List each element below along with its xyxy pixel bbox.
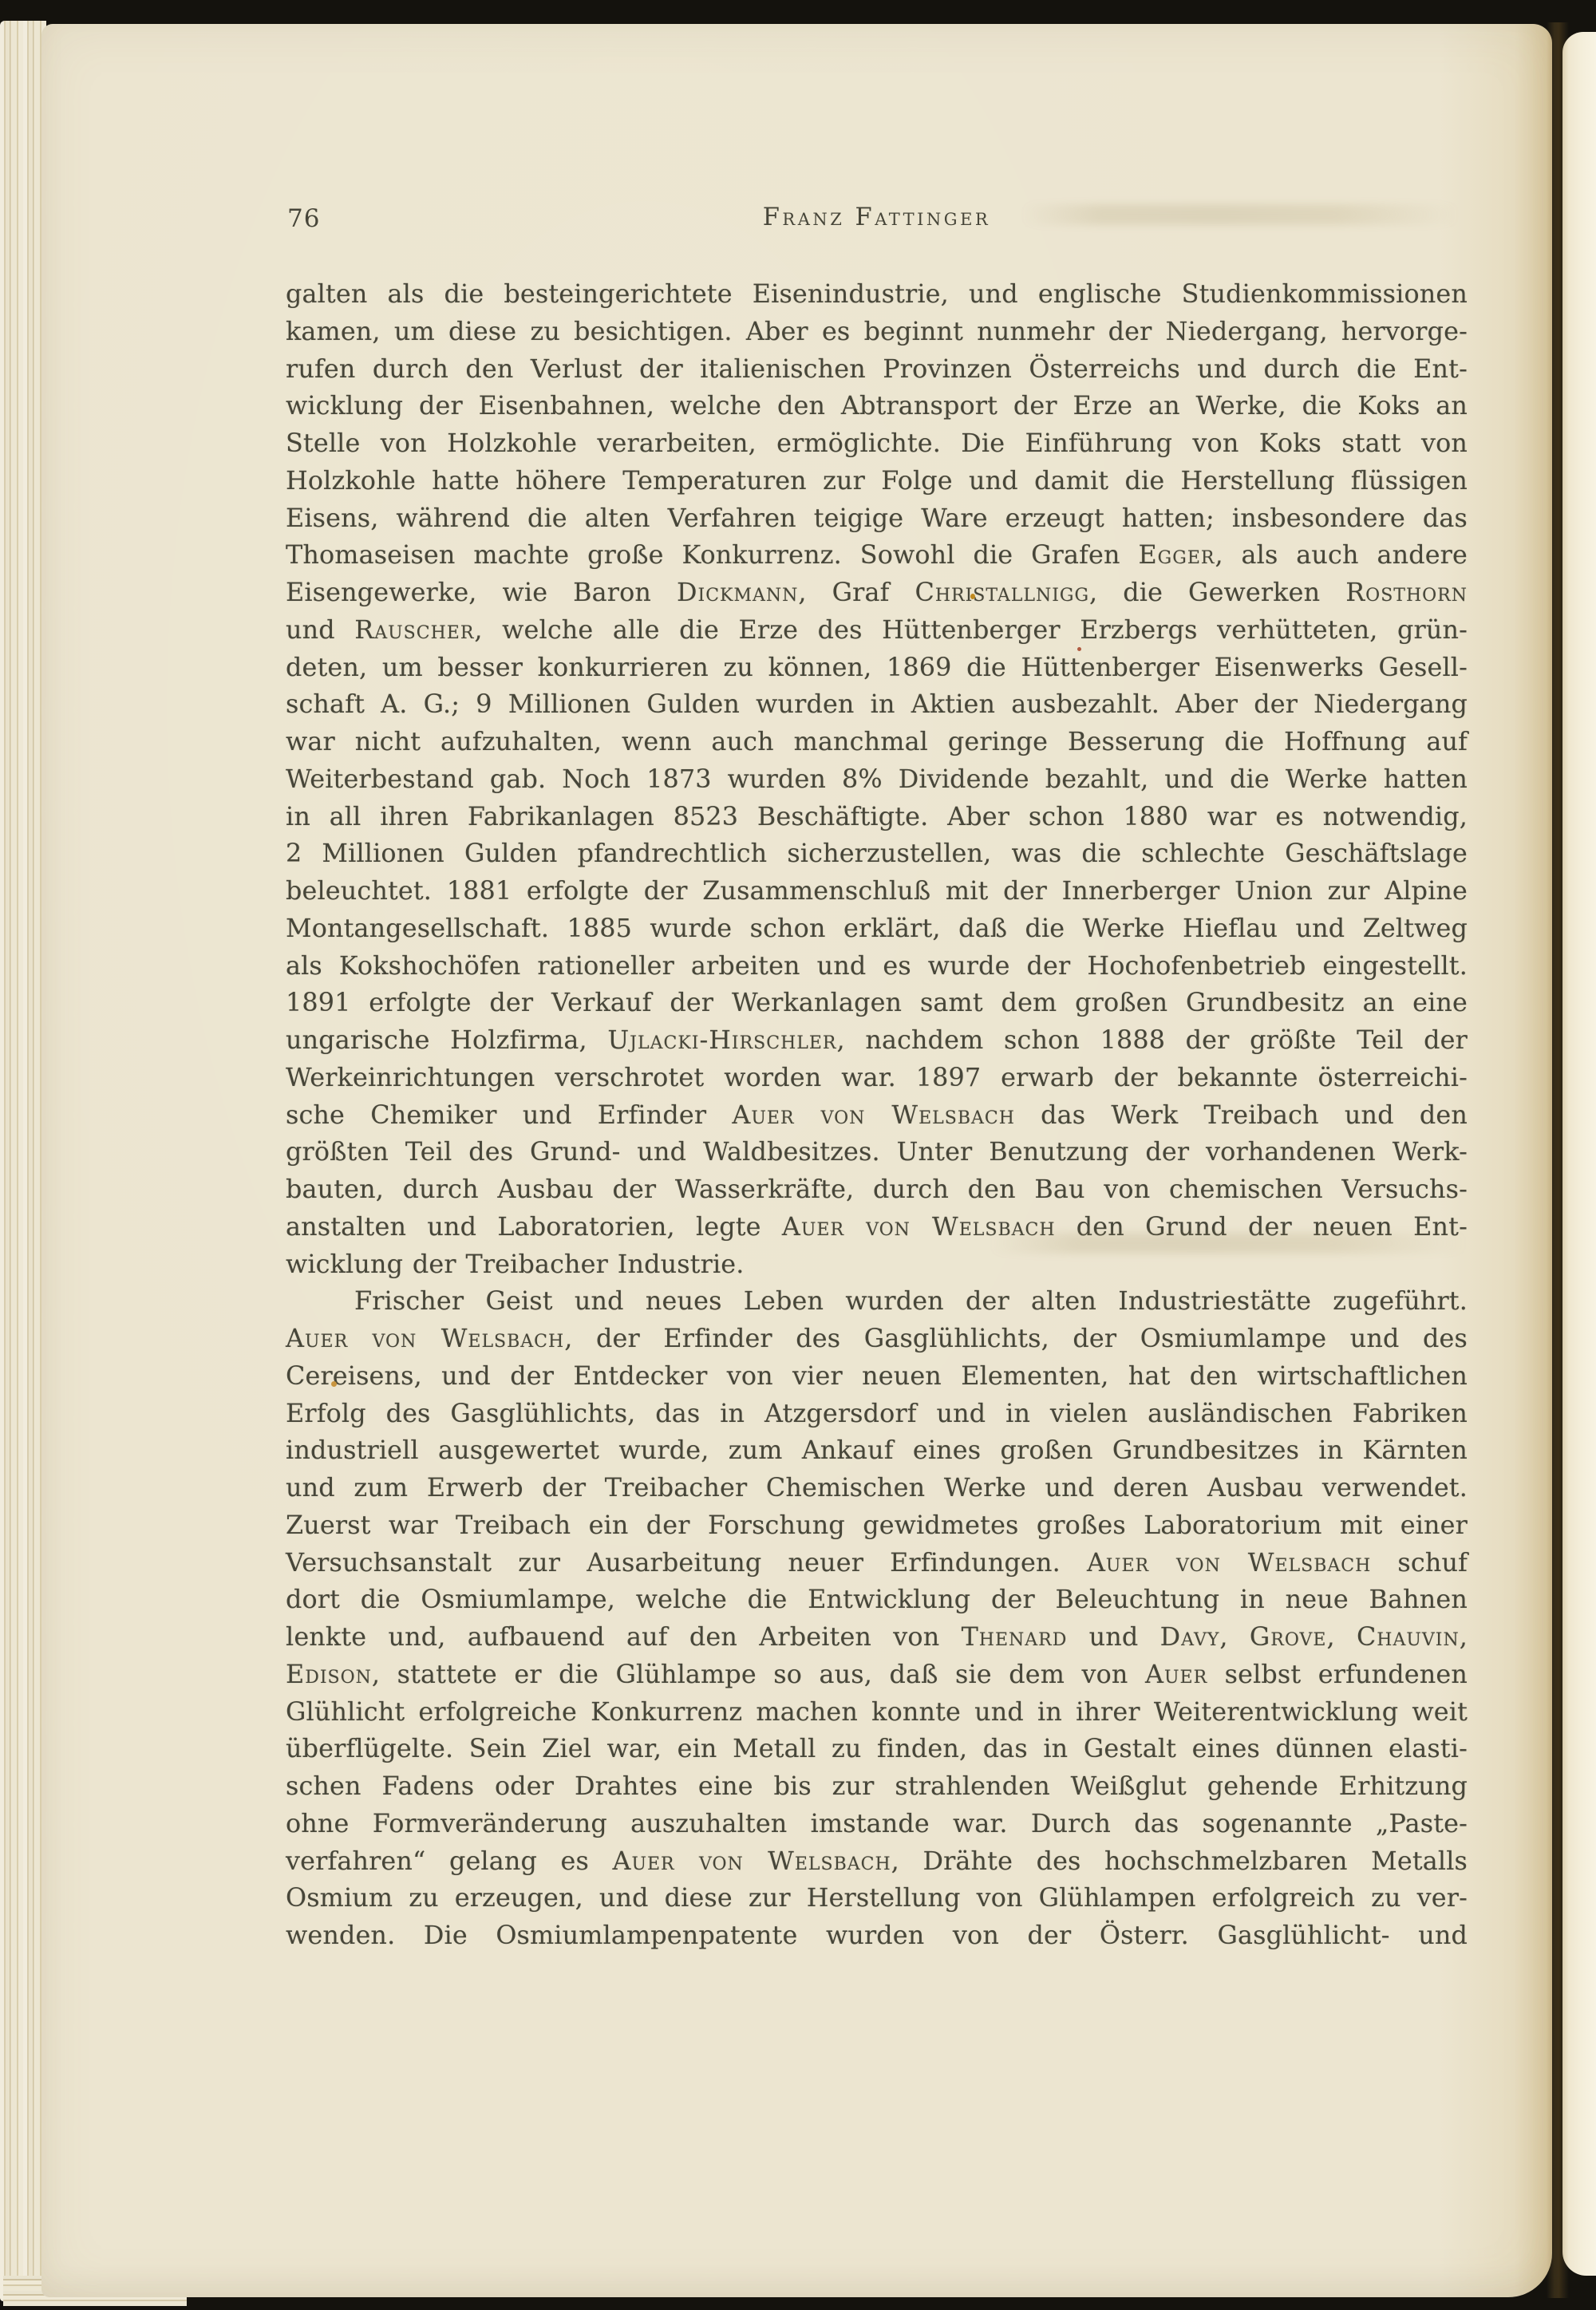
person-name-smallcaps: Ujlacki-Hirschler (607, 1025, 836, 1055)
text-line: deten, um besser konkurrieren zu können,… (286, 650, 1468, 687)
person-name-smallcaps: Dickmann (677, 578, 798, 607)
text-line: überflügelte. Sein Ziel war, ein Metall … (286, 1731, 1468, 1768)
show-through-ghost (990, 1233, 1468, 1254)
gutter-shadow (1547, 22, 1569, 2298)
text-line: schaft A. G.; 9 Millionen Gulden wurden … (286, 686, 1468, 724)
text-line: in all ihren Fabrikanlagen 8523 Beschäft… (286, 799, 1468, 836)
text-line: galten als die besteingerichtete Eisenin… (286, 276, 1468, 314)
person-name-smallcaps: Egger (1138, 540, 1215, 570)
person-name-smallcaps: Christallnigg (915, 578, 1090, 607)
text-line: dort die Osmiumlampe, welche die Entwick… (286, 1581, 1468, 1619)
text-line: wicklung der Eisenbahnen, welche den Abt… (286, 388, 1468, 425)
text-line: Osmium zu erzeugen, und diese zur Herste… (286, 1880, 1468, 1917)
text-line: 1891 erfolgte der Verkauf der Werkanlage… (286, 985, 1468, 1022)
text-line: verfahren“ gelang es Auer von Welsbach, … (286, 1843, 1468, 1881)
person-name-smallcaps: Grove (1250, 1622, 1327, 1652)
text-line: Zuerst war Treibach ein der Forschung ge… (286, 1507, 1468, 1545)
body-text: galten als die besteingerichtete Eisenin… (286, 276, 1468, 1955)
text-line: Eisens, während die alten Verfahren teig… (286, 500, 1468, 538)
text-line: kamen, um diese zu besichtigen. Aber es … (286, 314, 1468, 351)
stacked-page-edges-left (0, 21, 46, 2301)
person-name-smallcaps: Thenard (962, 1622, 1068, 1652)
scan-speck (331, 1381, 337, 1387)
text-line: Stelle von Holzkohle verarbeiten, ermögl… (286, 425, 1468, 463)
book-page: 76 Franz Fattinger galten als die bestei… (41, 24, 1552, 2297)
person-name-smallcaps: Rosthorn (1345, 578, 1468, 607)
text-line: schen Fadens oder Drahtes eine bis zur s… (286, 1768, 1468, 1806)
person-name-smallcaps: Davy (1160, 1622, 1220, 1652)
text-line: ohne Formveränderung auszuhalten imstand… (286, 1806, 1468, 1843)
text-line: Erfolg des Gasglühlichts, das in Atzgers… (286, 1396, 1468, 1433)
text-line: rufen durch den Verlust der italienische… (286, 351, 1468, 389)
text-line: Eisengewerke, wie Baron Dickmann, Graf C… (286, 575, 1468, 612)
text-line: Versuchsanstalt zur Ausarbeitung neuer E… (286, 1545, 1468, 1582)
text-line: Montangesellschaft. 1885 wurde schon erk… (286, 910, 1468, 948)
text-line: Frischer Geist und neues Leben wurden de… (286, 1283, 1468, 1321)
text-line: Cereisens, und der Entdecker von vier ne… (286, 1358, 1468, 1396)
text-line: beleuchtet. 1881 erfolgte der Zusammensc… (286, 873, 1468, 910)
scan-speck (970, 594, 975, 599)
text-line: größten Teil des Grund- und Waldbesitzes… (286, 1134, 1468, 1171)
person-name-smallcaps: Rauscher (354, 615, 474, 645)
text-line: Holzkohle hatte höhere Temperaturen zur … (286, 463, 1468, 500)
text-line: Weiterbestand gab. Noch 1873 wurden 8% D… (286, 761, 1468, 799)
text-line: Glühlicht erfolgreiche Konkurrenz machen… (286, 1694, 1468, 1732)
text-line: und Rauscher, welche alle die Erze des H… (286, 612, 1468, 650)
text-line: Edison, stattete er die Glühlampe so aus… (286, 1656, 1468, 1694)
person-name-smallcaps: Auer von Welsbach (612, 1846, 891, 1876)
text-line: und zum Erwerb der Treibacher Chemischen… (286, 1470, 1468, 1507)
book-scan: 76 Franz Fattinger galten als die bestei… (0, 0, 1596, 2310)
text-line: als Kokshochöfen rationeller arbeiten un… (286, 948, 1468, 985)
person-name-smallcaps: Auer (1145, 1660, 1207, 1689)
person-name-smallcaps: Auer von Welsbach (732, 1100, 1015, 1130)
person-name-smallcaps: Auer von Welsbach (1087, 1548, 1371, 1578)
text-line: war nicht aufzuhalten, wenn auch manchma… (286, 724, 1468, 761)
text-line: Auer von Welsbach, der Erfinder des Gasg… (286, 1321, 1468, 1358)
scan-speck (1077, 647, 1081, 651)
text-line: industriell ausgewertet wurde, zum Ankau… (286, 1432, 1468, 1470)
person-name-smallcaps: Chauvin (1357, 1622, 1460, 1652)
text-line: bauten, durch Ausbau der Wasserkräfte, d… (286, 1171, 1468, 1209)
person-name-smallcaps: Edison (286, 1660, 372, 1689)
text-line: lenkte und, aufbauend auf den Arbeiten v… (286, 1619, 1468, 1656)
show-through-ghost (1021, 204, 1460, 225)
person-name-smallcaps: Auer von Welsbach (286, 1324, 564, 1353)
text-line: ungarische Holzfirma, Ujlacki-Hirschler,… (286, 1022, 1468, 1060)
text-line: sche Chemiker und Erfinder Auer von Wels… (286, 1097, 1468, 1135)
text-line: wenden. Die Osmiumlampenpatente wurden v… (286, 1917, 1468, 1955)
text-line: Werkeinrichtungen verschrotet worden war… (286, 1060, 1468, 1097)
page-number: 76 (287, 203, 320, 234)
text-line: Thomaseisen machte große Konkurrenz. Sow… (286, 537, 1468, 575)
text-line: 2 Millionen Gulden pfandrechtlich sicher… (286, 835, 1468, 873)
